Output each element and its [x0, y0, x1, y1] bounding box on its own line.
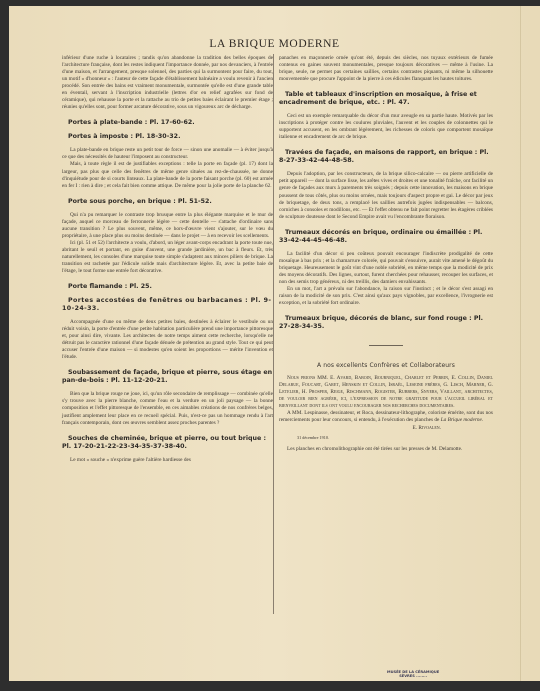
date: 31 décembre 1910.: [279, 434, 493, 441]
paragraph: En un mot, l'art a prévalu sur l'abondan…: [279, 286, 493, 307]
paragraph: Les planches en chromolithographie ont é…: [279, 446, 493, 453]
section-heading: Travées de façade, en maisons de rapport…: [279, 149, 493, 165]
acknowledgement-paragraph: A MM. Lespinasse, dessinateur, et Roca, …: [279, 410, 493, 424]
separator-rule: [369, 345, 403, 346]
left-column: inférieur d'une ruche à locataires ; tan…: [62, 55, 273, 464]
paragraph: Qui n'a pu remarquer le contraste trop b…: [62, 212, 273, 240]
paragraph: Bien que la brique rouge ne joue, ici, q…: [62, 391, 273, 426]
section-heading: Table et tableaux d'inscription en mosaï…: [279, 91, 493, 107]
signature: E. Rivoalen.: [279, 425, 493, 432]
column-divider: [273, 54, 274, 614]
page-fold-line: [520, 6, 521, 681]
section-heading: Trumeaux décorés en brique, ordinaire ou…: [279, 229, 493, 245]
paragraph: Depuis l'adoption, par les constructeurs…: [279, 171, 493, 220]
acknowledgement-paragraph: Nous prions MM. E. Avard, Baboin, Bourni…: [279, 375, 493, 410]
paragraph: panaches en maçonnerie ornée qu'ont été,…: [279, 55, 493, 83]
paragraph: Ceci est un exemple remarquable du décor…: [279, 113, 493, 141]
paragraph: Ici (pl. 51 et 52) l'architecte a voulu,…: [62, 240, 273, 275]
stamp-line: SÈVRES ........: [387, 674, 439, 678]
section-heading: Porte flamande : Pl. 25.: [62, 283, 273, 291]
ack-end: .: [482, 417, 483, 423]
dedication-title: A nos excellents Confrères et Collaborat…: [279, 362, 493, 369]
section-heading: Souches de cheminée, brique et pierre, o…: [62, 435, 273, 451]
section-heading: Soubassement de façade, brique et pierre…: [62, 369, 273, 385]
book-title: La Brique moderne: [441, 417, 482, 423]
paragraph: Accompagnée d'une ou même de deux petite…: [62, 319, 273, 361]
running-head: LA BRIQUE MODERNE: [9, 38, 540, 50]
paragraph: Le mot « souche » n'exprime guère l'alti…: [62, 457, 273, 464]
library-stamp: MUSÉE DE LA CÉRAMIQUE SÈVRES ........: [387, 670, 439, 679]
right-column: panaches en maçonnerie ornée qu'ont été,…: [279, 55, 493, 453]
paragraph: inférieur d'une ruche à locataires ; tan…: [62, 55, 273, 111]
paragraph: La plate-bande en brique reste un petit …: [62, 147, 273, 161]
document-page: LA BRIQUE MODERNE inférieur d'une ruche …: [9, 6, 540, 681]
paragraph: Mais, à toute règle il est de justifiabl…: [62, 161, 273, 189]
section-heading: Portes accostées de fenêtres ou barbacan…: [62, 297, 273, 313]
section-heading: Portes à imposte : Pl. 18-30-32.: [62, 133, 273, 141]
section-heading: Portes à plate-bande : Pl. 17-60-62.: [62, 119, 273, 127]
section-heading: Porte sous porche, en brique : Pl. 51-52…: [62, 198, 273, 206]
section-heading: Trumeaux brique, décorés de blanc, sur f…: [279, 315, 493, 331]
paragraph: La facilité d'un décor si peu coûteux po…: [279, 251, 493, 286]
